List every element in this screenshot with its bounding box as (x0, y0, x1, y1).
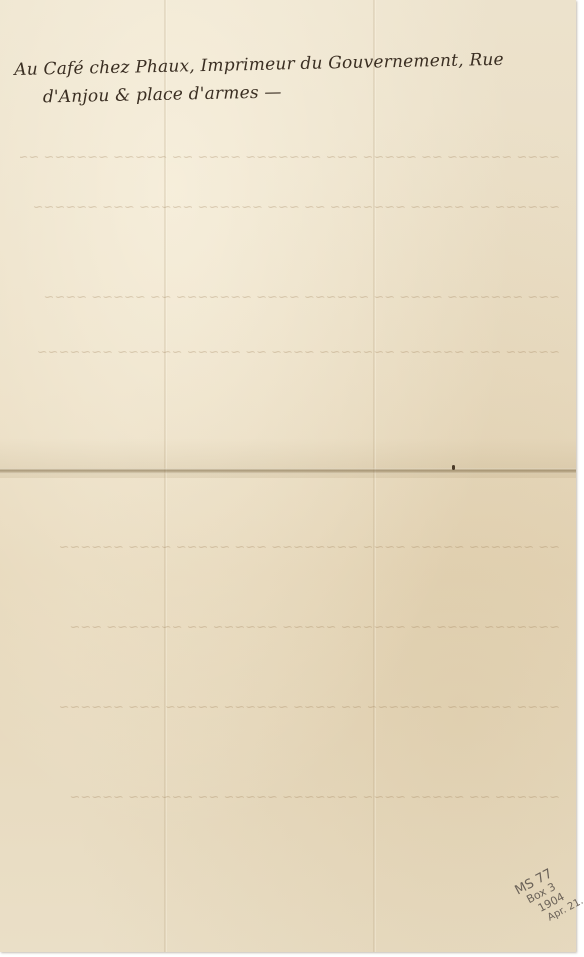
bleed-through-line: ~~~~ ~~~~~~ ~~~~~~~ ~~ ~~~~ ~~~~~~ ~~~~~… (20, 700, 560, 715)
bleed-through-line: ~~~~~~~ ~~~~ ~~ ~~~~~~ ~~~~~ ~~~~~~ ~~ ~… (20, 620, 560, 635)
bleed-through-line: ~~~~~~ ~~ ~~~~~ ~~~~ ~~~~~~~ ~~~~~ ~~ ~~… (20, 790, 560, 805)
bleed-through-line: ~~~ ~~~~~~~ ~~~~ ~~ ~~~~~~ ~~~~ ~~~~~~~ … (20, 290, 560, 305)
bleed-through-line: ~~~~~~ ~~ ~~~~~ ~~~~~~~ ~~ ~~~ ~~~~~~ ~~… (20, 200, 560, 215)
vertical-fold-right (373, 0, 376, 952)
bleed-through-line: ~~~~ ~~~~~~ ~~ ~~~~~ ~~~ ~~~~~~~ ~~~~ ~~… (20, 150, 560, 165)
letter-page: ~~~~ ~~~~~~ ~~ ~~~~~ ~~~ ~~~~~~~ ~~~~ ~~… (0, 0, 576, 952)
bleed-through-line: ~~ ~~~~~~ ~~~~~ ~~~~ ~~~~~~~~ ~~~ ~~~~~ … (20, 540, 560, 555)
vertical-fold-left (164, 0, 167, 952)
handwritten-address: Au Café chez Phaux, Imprimeur du Gouvern… (14, 44, 575, 112)
horizontal-fold (0, 468, 576, 474)
ink-speck (452, 465, 455, 470)
bleed-through-line: ~~~~~ ~~~ ~~~~~~ ~~~~~~~ ~~~~ ~~ ~~~~~ ~… (20, 345, 560, 360)
